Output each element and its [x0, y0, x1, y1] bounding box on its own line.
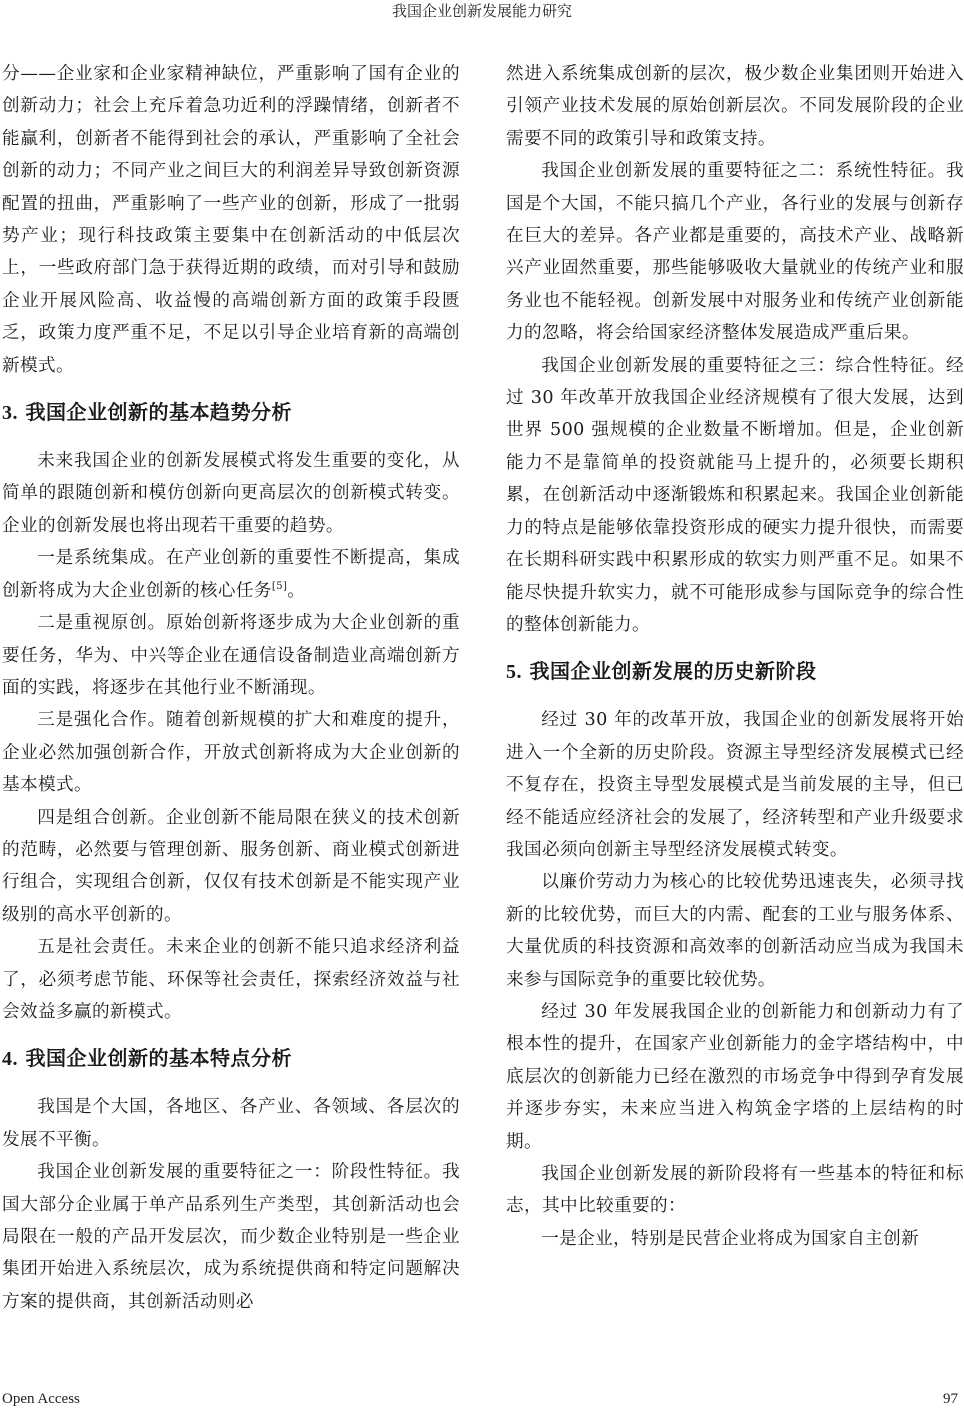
paragraph: 我国企业创新发展的新阶段将有一些基本的特征和标志，其中比较重要的：	[506, 1158, 964, 1223]
running-header-title: 我国企业创新发展能力研究	[392, 2, 572, 20]
section-title: 我国企业创新的基本趋势分析	[25, 400, 292, 424]
page-number: 97	[943, 1391, 958, 1408]
paragraph: 五是社会责任。未来企业的创新不能只追求经济利益了，必须考虑节能、环保等社会责任，…	[2, 931, 460, 1028]
paragraph: 三是强化合作。随着创新规模的扩大和难度的提升，企业必然加强创新合作，开放式创新将…	[2, 704, 460, 801]
paragraph: 我国是个大国，各地区、各产业、各领域、各层次的发展不平衡。	[2, 1091, 460, 1156]
paragraph: 经过 30 年的改革开放，我国企业的创新发展将开始进入一个全新的历史阶段。资源主…	[506, 704, 964, 866]
paragraph: 经过 30 年发展我国企业的创新能力和创新动力有了根本性的提升，在国家产业创新能…	[506, 996, 964, 1158]
left-column: 分——企业家和企业家精神缺位，严重影响了国有企业的创新动力；社会上充斥着急功近利…	[2, 58, 460, 1318]
section-heading-3: 3. 我国企业创新的基本趋势分析	[2, 392, 460, 433]
section-heading-4: 4. 我国企业创新的基本特点分析	[2, 1038, 460, 1079]
paragraph: 我国企业创新发展的重要特征之三：综合性特征。经过 30 年改革开放我国企业经济规…	[506, 350, 964, 642]
citation-ref[interactable]: [5]	[272, 581, 287, 592]
section-title: 我国企业创新的基本特点分析	[25, 1046, 292, 1070]
paragraph: 未来我国企业的创新发展模式将发生重要的变化，从简单的跟随创新和模仿创新向更高层次…	[2, 445, 460, 542]
paragraph: 一是企业，特别是民营企业将成为国家自主创新	[506, 1223, 964, 1255]
paragraph: 分——企业家和企业家精神缺位，严重影响了国有企业的创新动力；社会上充斥着急功近利…	[2, 58, 460, 382]
footer-journal: Open Access	[2, 1391, 80, 1408]
right-column: 然进入系统集成创新的层次，极少数企业集团则开始进入引领产业技术发展的原始创新层次…	[506, 58, 964, 1255]
paragraph: 二是重视原创。原始创新将逐步成为大企业创新的重要任务，华为、中兴等企业在通信设备…	[2, 607, 460, 704]
paragraph-with-citation: 一是系统集成。在产业创新的重要性不断提高，集成创新将成为大企业创新的核心任务[5…	[2, 542, 460, 607]
paragraph: 我国企业创新发展的重要特征之一：阶段性特征。我国大部分企业属于单产品系列生产类型…	[2, 1156, 460, 1318]
paragraph: 我国企业创新发展的重要特征之二：系统性特征。我国是个大国，不能只搞几个产业，各行…	[506, 155, 964, 349]
paragraph-text: 一是系统集成。在产业创新的重要性不断提高，集成创新将成为大企业创新的核心任务	[2, 548, 460, 600]
paragraph-end: 。	[287, 581, 305, 601]
section-number: 4.	[2, 1048, 18, 1070]
section-number: 3.	[2, 402, 18, 424]
section-heading-5: 5. 我国企业创新发展的历史新阶段	[506, 651, 964, 692]
running-header: 我国企业创新发展能力研究	[0, 0, 964, 24]
section-title: 我国企业创新发展的历史新阶段	[529, 659, 816, 683]
paragraph: 以廉价劳动力为核心的比较优势迅速丧失，必须寻找新的比较优势，而巨大的内需、配套的…	[506, 866, 964, 996]
section-number: 5.	[506, 661, 522, 683]
paragraph: 四是组合创新。企业创新不能局限在狭义的技术创新的范畴，必然要与管理创新、服务创新…	[2, 802, 460, 932]
paragraph: 然进入系统集成创新的层次，极少数企业集团则开始进入引领产业技术发展的原始创新层次…	[506, 58, 964, 155]
